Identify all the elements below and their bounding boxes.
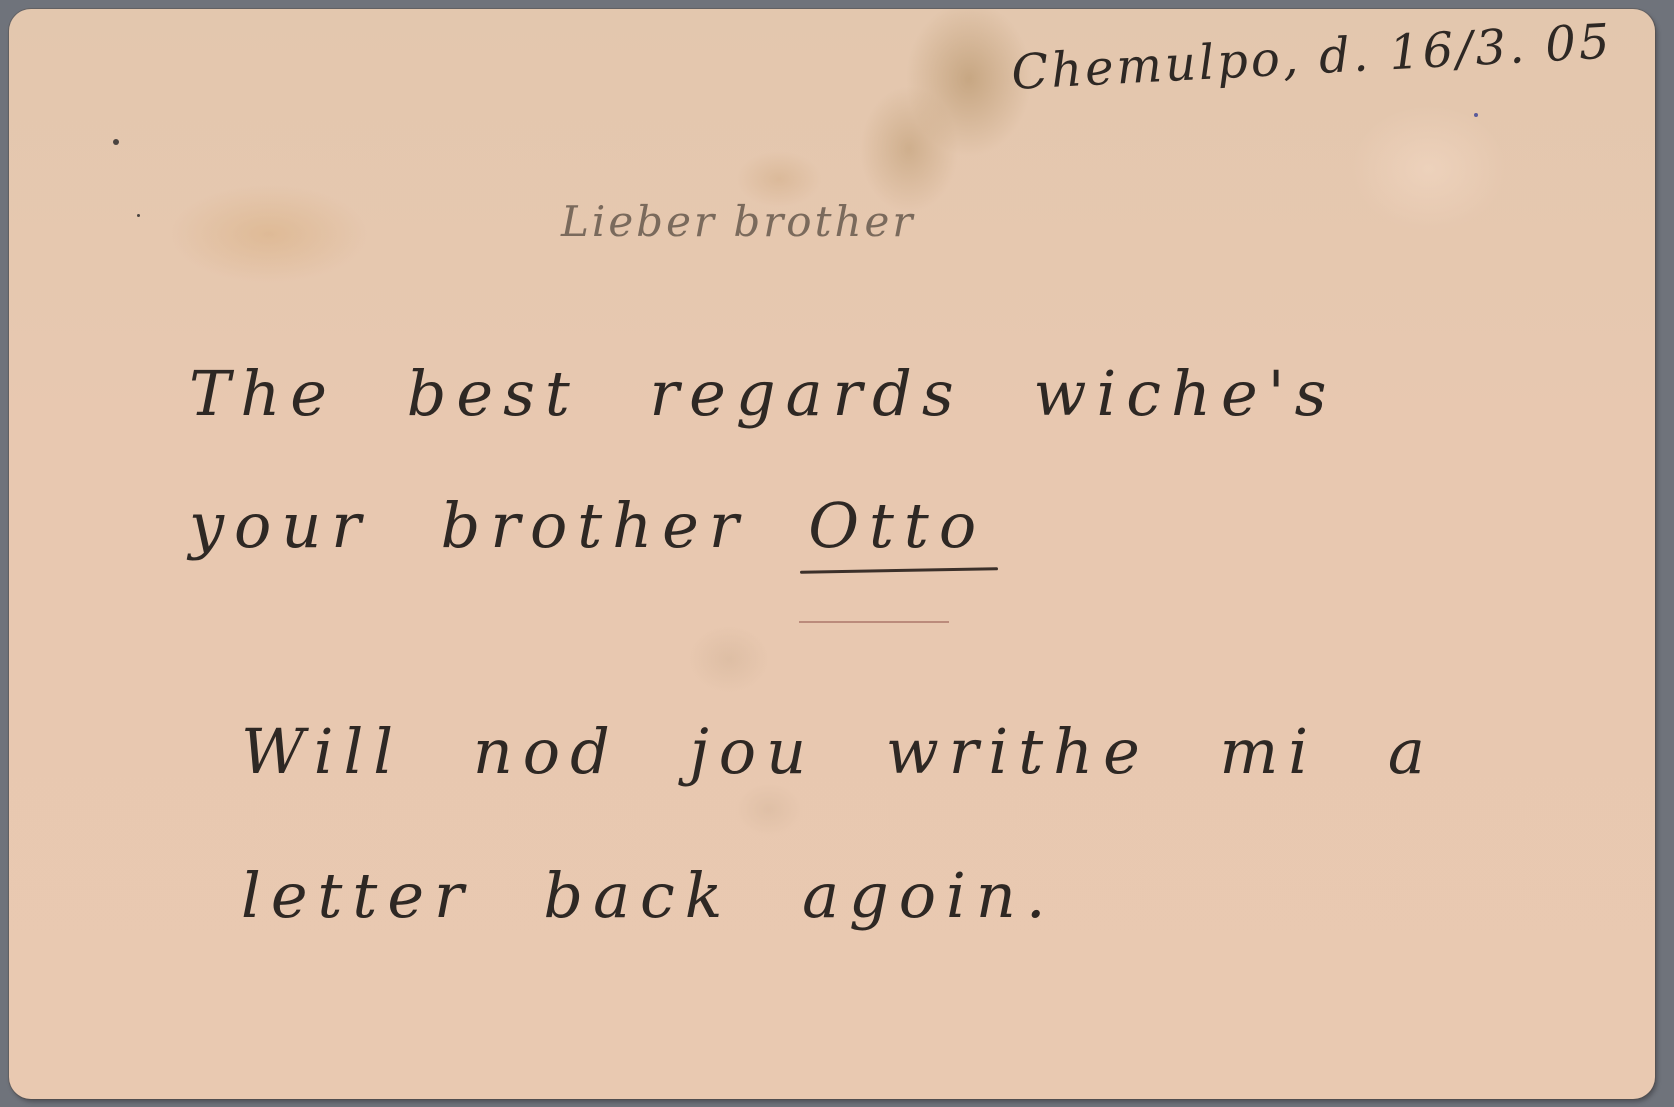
word: jou [690,715,816,788]
word: your [189,489,371,562]
message-line-2: your brother Otto [189,489,986,562]
word: a [1388,715,1435,788]
message-line-4: letter back agoin. [241,859,1056,932]
word: letter [241,859,474,932]
scan-background: Chemulpo, d. 16/3. 05 Lieber brother The… [0,0,1674,1107]
word: best [407,357,580,430]
paper-speck [137,214,140,217]
word: wiche's [1033,357,1336,430]
message-line-1: The best regards wiche's [189,357,1337,430]
signature-underline-red [799,621,949,623]
word: The [189,357,337,430]
word: Will [241,715,403,788]
word: regards [650,357,964,430]
message-line-3: Will nod jou writhe mi a [241,715,1435,788]
word: nod [473,715,620,788]
signature: Otto [808,489,986,562]
word: mi [1220,715,1319,788]
postcard: Chemulpo, d. 16/3. 05 Lieber brother The… [9,9,1655,1099]
word: brother [441,489,749,562]
salutation: Lieber brother [561,197,915,246]
dateline: Chemulpo, d. 16/3. 05 [1010,14,1614,101]
paper-speck [113,139,119,145]
word: agoin. [802,859,1055,932]
paper-speck [1474,113,1478,117]
word: writhe [886,715,1150,788]
word: back [543,859,732,932]
